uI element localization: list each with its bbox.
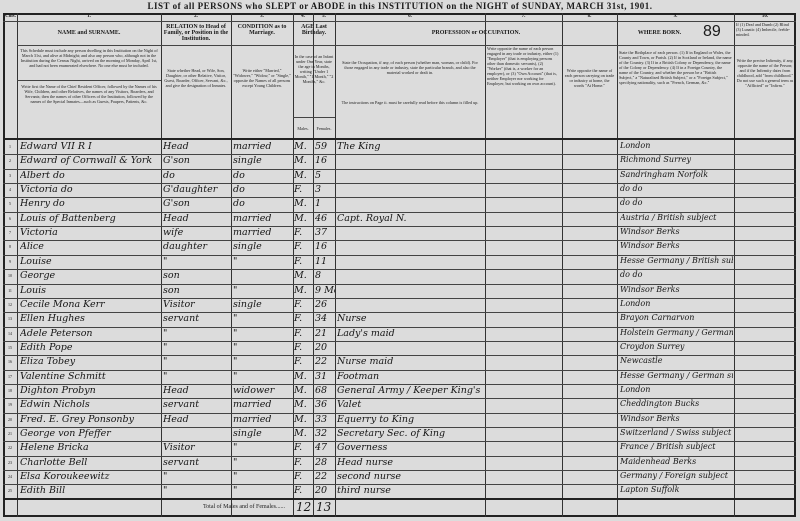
cell-relation: servant <box>163 399 230 410</box>
cell-born: do do <box>620 184 733 193</box>
age-females-label: Females. <box>313 126 335 131</box>
cell-sex: F. <box>294 457 312 468</box>
cell-name: Edith Pope <box>20 342 160 353</box>
cell-born: London <box>620 141 733 150</box>
cell-name: Victoria do <box>20 184 160 195</box>
instruction-rule <box>17 80 161 81</box>
header-profession: PROFESSION or OCCUPATION. <box>335 30 617 36</box>
cell-sex: M. <box>294 385 312 396</box>
cell-relation: G'son <box>163 198 230 209</box>
row-number: 12 <box>4 302 16 307</box>
col-num-3: 3. <box>231 14 293 21</box>
cell-name: Dighton Probyn <box>20 385 160 396</box>
cols-label: Cols. <box>4 14 17 21</box>
col-num-10: 10. <box>734 14 796 21</box>
cell-name: Louis of Battenberg <box>20 213 160 224</box>
cell-relation: Visitor <box>163 299 230 310</box>
occupation-note: The instructions on Page ii. must be car… <box>340 100 480 105</box>
row-number: 20 <box>4 417 16 422</box>
header-age: AGE Last Birthday. <box>293 24 335 36</box>
cell-age: 33 <box>315 414 335 425</box>
cell-age: 5 <box>315 170 335 181</box>
cell-age: 32 <box>315 428 335 439</box>
totals-rule <box>3 498 796 500</box>
infirmity-instruction: Write the precise Infirmity, if any, opp… <box>736 58 794 88</box>
cell-occupation: Secretary Sec. of King <box>337 428 483 439</box>
row-number: 17 <box>4 374 16 379</box>
employer-instruction: Write opposite the name of each person e… <box>487 46 560 86</box>
cell-age: 46 <box>315 213 335 224</box>
cell-sex: M. <box>294 285 312 296</box>
row-number: 5 <box>4 201 16 206</box>
cell-sex: M. <box>294 371 312 382</box>
cell-sex: F. <box>294 342 312 353</box>
cell-occupation: Nurse maid <box>337 356 483 367</box>
cell-name: Helene Bricka <box>20 442 160 453</box>
cell-born: Switzerland / Swiss subject <box>620 428 733 437</box>
cell-sex: F. <box>294 299 312 310</box>
cell-born: Croydon Surrey <box>620 342 733 351</box>
cell-condition: " <box>233 471 292 482</box>
cell-occupation: Valet <box>337 399 483 410</box>
cell-sex: F. <box>294 184 312 195</box>
cell-name: Charlotte Bell <box>20 457 160 468</box>
header-infirmity: If (1) Deaf and Dumb (2) Blind (3) Lunat… <box>736 22 794 37</box>
cell-sex: F. <box>294 313 312 324</box>
cell-relation: wife <box>163 227 230 238</box>
cell-condition: do <box>233 184 292 195</box>
row-number: 24 <box>4 474 16 479</box>
cell-born: Windsor Berks <box>620 414 733 423</box>
row-number: 19 <box>4 402 16 407</box>
col-num-1: 1. <box>17 14 161 21</box>
cell-born: Hesse Germany / British subject <box>620 256 733 265</box>
cell-name: George von Pfeffer <box>20 428 160 439</box>
total-males: 12 <box>296 500 311 514</box>
col-num-7: 7. <box>485 14 562 21</box>
row-number: 13 <box>4 316 16 321</box>
cell-name: Louis <box>20 285 160 296</box>
cell-age: 21 <box>315 328 335 339</box>
where-born-instruction: State the Birthplace of each person. (1)… <box>619 50 732 85</box>
cell-relation: " <box>163 471 230 482</box>
cell-born: Germany / Foreign subject <box>620 471 733 480</box>
cell-occupation: Lady's maid <box>337 328 483 339</box>
cell-born: Brayon Carnarvon <box>620 313 733 322</box>
total-females: 13 <box>316 500 331 514</box>
row-number: 6 <box>4 216 16 221</box>
cell-age: 20 <box>315 342 335 353</box>
cell-relation: Head <box>163 141 230 152</box>
cell-born: Windsor Berks <box>620 227 733 236</box>
cell-sex: M. <box>294 141 312 152</box>
col-num-6: 6. <box>335 14 485 21</box>
cell-relation: " <box>163 371 230 382</box>
cell-name: Edward of Cornwall & York <box>20 155 160 166</box>
cell-age: 11 <box>315 256 335 267</box>
cell-condition: do <box>233 170 292 181</box>
cell-relation: son <box>163 270 230 281</box>
cell-condition: " <box>233 371 292 382</box>
cell-relation: servant <box>163 457 230 468</box>
row-number: 21 <box>4 431 16 436</box>
cell-age: 68 <box>315 385 335 396</box>
cell-age: 28 <box>315 457 335 468</box>
cell-sex: M. <box>294 399 312 410</box>
cell-condition: married <box>233 399 292 410</box>
cell-name: Victoria <box>20 227 160 238</box>
cell-age: 16 <box>315 155 335 166</box>
cell-condition: widower <box>233 385 292 396</box>
census-schedule-page: LIST of all PERSONS who SLEPT or ABODE i… <box>0 0 800 521</box>
cell-relation: servant <box>163 313 230 324</box>
cell-age: 34 <box>315 313 335 324</box>
instruction-rule <box>293 117 335 118</box>
cell-name: Louise <box>20 256 160 267</box>
cell-born: do do <box>620 270 733 279</box>
cell-sex: M. <box>294 428 312 439</box>
cell-born: Lapton Suffolk <box>620 485 733 494</box>
cell-age: 22 <box>315 471 335 482</box>
cell-sex: F. <box>294 442 312 453</box>
cell-born: Hesse Germany / German subject <box>620 371 733 380</box>
at-home-instruction: Write opposite the name of each person c… <box>564 68 615 88</box>
cell-age: 31 <box>315 371 335 382</box>
cell-age: 36 <box>315 399 335 410</box>
cell-sex: F. <box>294 241 312 252</box>
cell-occupation: General Army / Keeper King's Privy Purse <box>337 385 483 396</box>
row-number: 14 <box>4 331 16 336</box>
cell-occupation: Equerry to King <box>337 414 483 425</box>
cell-age: 1 <box>315 198 335 209</box>
row-number: 15 <box>4 345 16 350</box>
cell-name: Edward VII R I <box>20 141 160 152</box>
col-num-5: 5. <box>313 14 335 21</box>
cell-sex: F. <box>294 356 312 367</box>
header-name: NAME and SURNAME. <box>17 30 161 36</box>
row-number: 18 <box>4 388 16 393</box>
row-number: 9 <box>4 259 16 264</box>
cell-condition: married <box>233 414 292 425</box>
cell-sex: M. <box>294 414 312 425</box>
cell-born: Austria / British subject <box>620 213 733 222</box>
cell-name: Ellen Hughes <box>20 313 160 324</box>
header-rule <box>3 21 796 22</box>
cell-relation: " <box>163 256 230 267</box>
cell-name: Fred. E. Grey Ponsonby <box>20 414 160 425</box>
cell-relation: Visitor <box>163 442 230 453</box>
row-number: 4 <box>4 187 16 192</box>
cell-condition: " <box>233 457 292 468</box>
cell-occupation: second nurse <box>337 471 483 482</box>
cell-sex: M. <box>294 155 312 166</box>
row-number: 7 <box>4 230 16 235</box>
cell-occupation: third nurse <box>337 485 483 496</box>
cell-name: Eliza Tobey <box>20 356 160 367</box>
cell-sex: F. <box>294 471 312 482</box>
cell-born: Windsor Berks <box>620 241 733 250</box>
cell-name: Valentine Schmitt <box>20 371 160 382</box>
cell-name: Alice <box>20 241 160 252</box>
cell-age: 59 <box>315 141 335 152</box>
cell-name: Edith Bill <box>20 485 160 496</box>
cell-age: 20 <box>315 485 335 496</box>
row-number: 3 <box>4 173 16 178</box>
condition-instruction: Write either "Married," "Widower," "Wido… <box>233 68 291 88</box>
cell-occupation: Head nurse <box>337 457 483 468</box>
cell-condition: " <box>233 313 292 324</box>
cell-name: Edwin Nichols <box>20 399 160 410</box>
cell-relation: " <box>163 356 230 367</box>
row-number: 25 <box>4 488 16 493</box>
cell-occupation: The King <box>337 141 483 152</box>
cell-relation: son <box>163 285 230 296</box>
cell-condition: single <box>233 155 292 166</box>
cell-age: 9 Months <box>315 285 335 296</box>
cell-condition: " <box>233 342 292 353</box>
cell-sex: F. <box>294 328 312 339</box>
cell-relation: do <box>163 170 230 181</box>
cell-sex: F. <box>294 227 312 238</box>
cell-relation: Head <box>163 213 230 224</box>
cell-relation: G'daughter <box>163 184 230 195</box>
cell-age: 16 <box>315 241 335 252</box>
header-rule <box>3 138 796 140</box>
cell-condition: " <box>233 256 292 267</box>
cell-age: 8 <box>315 270 335 281</box>
row-number: 1 <box>4 144 16 149</box>
cell-age: 47 <box>315 442 335 453</box>
cell-relation: daughter <box>163 241 230 252</box>
relation-instruction: State whether Head, or Wife, Son, Daught… <box>163 68 229 88</box>
cell-born: France / British subject <box>620 442 733 451</box>
col-num-9: 9. <box>617 14 734 21</box>
col-num-4: 4. <box>293 14 313 21</box>
cell-born: Newcastle <box>620 356 733 365</box>
cell-name: Cecile Mona Kerr <box>20 299 160 310</box>
name-instruction-2: Write first the Name of the Chief Reside… <box>20 84 158 104</box>
cell-relation: G'son <box>163 155 230 166</box>
header-relation: RELATION to Head of Family, or Position … <box>163 24 229 42</box>
cell-relation: " <box>163 485 230 496</box>
cell-condition: married <box>233 213 292 224</box>
cell-condition: single <box>233 299 292 310</box>
name-instruction-1: This Schedule must include any person dw… <box>20 48 158 68</box>
cell-born: London <box>620 385 733 394</box>
cell-age: 3 <box>315 184 335 195</box>
col-num-2: 2. <box>161 14 231 21</box>
cell-sex: M. <box>294 198 312 209</box>
age-instruction: In the case of an Infant under One Year,… <box>294 54 334 84</box>
row-number: 22 <box>4 445 16 450</box>
cell-born: Cheddington Bucks <box>620 399 733 408</box>
age-males-label: Males. <box>293 126 313 131</box>
cell-condition: single <box>233 428 292 439</box>
cell-occupation: Governess <box>337 442 483 453</box>
cell-age: 22 <box>315 356 335 367</box>
cell-born: Sandringham Norfolk <box>620 170 733 179</box>
row-number: 11 <box>4 288 16 293</box>
cell-born: Maidenhead Berks <box>620 457 733 466</box>
cell-born: do do <box>620 198 733 207</box>
cell-born: Windsor Berks <box>620 285 733 294</box>
cell-condition: do <box>233 198 292 209</box>
cell-born: London <box>620 299 733 308</box>
cell-relation: Head <box>163 414 230 425</box>
cell-born: Holstein Germany / German subject <box>620 328 733 337</box>
cell-condition: " <box>233 356 292 367</box>
cell-condition: married <box>233 227 292 238</box>
cell-occupation: Nurse <box>337 313 483 324</box>
cell-relation: " <box>163 328 230 339</box>
cell-condition: " <box>233 328 292 339</box>
cell-name: Elsa Koroukeewitz <box>20 471 160 482</box>
cell-occupation: Footman <box>337 371 483 382</box>
cell-name: Henry do <box>20 198 160 209</box>
cell-condition: " <box>233 442 292 453</box>
cell-relation: " <box>163 342 230 353</box>
row-number: 23 <box>4 460 16 465</box>
cell-condition: married <box>233 141 292 152</box>
row-number: 8 <box>4 244 16 249</box>
cell-name: Adele Peterson <box>20 328 160 339</box>
cell-condition: " <box>233 485 292 496</box>
cell-name: George <box>20 270 160 281</box>
row-number: 2 <box>4 158 16 163</box>
row-number: 10 <box>4 273 16 278</box>
row-number: 16 <box>4 359 16 364</box>
cell-condition: single <box>233 241 292 252</box>
cell-relation: Head <box>163 385 230 396</box>
cell-condition: " <box>233 285 292 296</box>
totals-label: Total of Males and of Females...... <box>150 504 285 510</box>
cell-age: 26 <box>315 299 335 310</box>
cell-sex: M. <box>294 213 312 224</box>
cell-born: Richmond Surrey <box>620 155 733 164</box>
cell-name: Albert do <box>20 170 160 181</box>
cell-occupation: Capt. Royal N. <box>337 213 483 224</box>
cell-sex: M. <box>294 170 312 181</box>
cell-sex: M. <box>294 270 312 281</box>
cell-age: 37 <box>315 227 335 238</box>
occupation-instruction: State the Occupation, if any, of each pe… <box>340 60 480 75</box>
header-rule <box>17 45 796 46</box>
header-where-born: WHERE BORN. <box>617 30 702 36</box>
cell-sex: F. <box>294 485 312 496</box>
page-title: LIST of all PERSONS who SLEPT or ABODE i… <box>0 0 800 13</box>
col-num-8: 8. <box>562 14 617 21</box>
header-condition: CONDITION as to Marriage. <box>233 24 291 36</box>
cell-sex: F. <box>294 256 312 267</box>
